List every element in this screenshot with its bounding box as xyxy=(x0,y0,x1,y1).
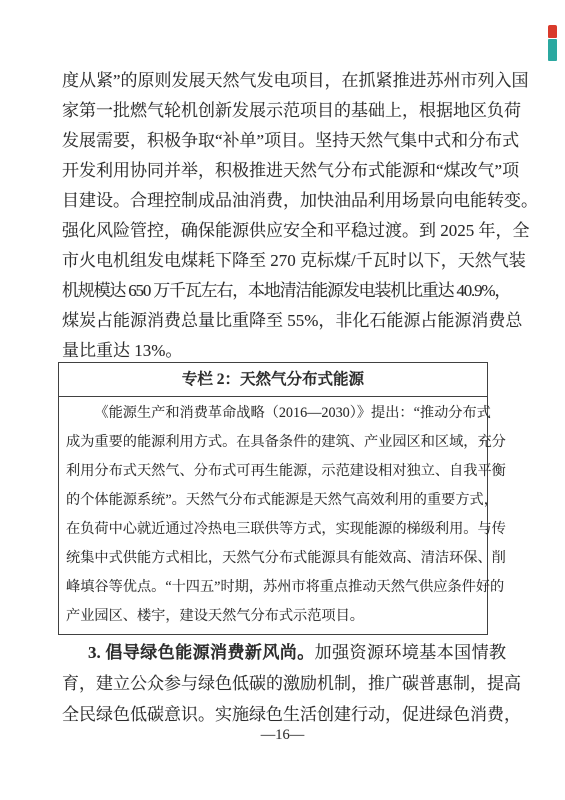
text-line: 市火电机组发电煤耗下降至 270 克标煤/千瓦时以下，天然气装 xyxy=(62,246,506,276)
callout-box-body: 《能源生产和消费革命战略（2016—2030）》提出：“推动分布式 成为重要的能… xyxy=(59,397,487,634)
text-line: 机规模达 650 万千瓦左右，本地清洁能源发电装机比重达 40.9%， xyxy=(62,276,514,306)
corner-marker-teal-icon xyxy=(548,39,557,61)
body-paragraph-continued: 度从紧”的原则发展天然气发电项目，在抓紧推进苏州市列入国 家第一批燃气轮机创新发… xyxy=(62,66,506,366)
text-line: 的个体能源系统”。天然气分布式能源是天然气高效利用的重要方式， xyxy=(66,486,480,515)
text-line: 家第一批燃气轮机创新发展示范项目的基础上，根据地区负荷 xyxy=(62,96,506,126)
text-line: 峰填谷等优点。“十四五”时期，苏州市将重点推动天然气供应条件好的 xyxy=(66,573,480,602)
callout-box-title: 专栏 2：天然气分布式能源 xyxy=(59,363,487,397)
text-line: 目建设。合理控制成品油消费，加快油品利用场景向电能转变。 xyxy=(62,186,506,216)
text-line: 育，建立公众参与绿色低碳的激励机制，推广碳普惠制，提高 xyxy=(62,668,506,699)
text-line: 在负荷中心就近通过冷热电三联供等方式，实现能源的梯级利用。与传 xyxy=(66,515,480,544)
text-line: 煤炭占能源消费总量比重降至 55%，非化石能源占能源消费总 xyxy=(62,306,506,336)
text-line: 3. 倡导绿色能源消费新风尚。加强资源环境基本国情教 xyxy=(62,637,506,668)
document-page: 度从紧”的原则发展天然气发电项目，在抓紧推进苏州市列入国 家第一批燃气轮机创新发… xyxy=(0,0,565,800)
text-line: 产业园区、楼宇，建设天然气分布式示范项目。 xyxy=(66,602,480,631)
text-line: 统集中式供能方式相比，天然气分布式能源具有能效高、清洁环保、削 xyxy=(66,544,480,573)
text-line: 开发利用协同并举，积极推进天然气分布式能源和“煤改气”项 xyxy=(62,156,506,186)
paragraph-lead-rest: 加强资源环境基本国情教 xyxy=(315,643,506,662)
page-number: —16— xyxy=(0,724,565,746)
text-line: 度从紧”的原则发展天然气发电项目，在抓紧推进苏州市列入国 xyxy=(62,66,506,96)
text-line: 《能源生产和消费革命战略（2016—2030）》提出：“推动分布式 xyxy=(66,399,480,428)
corner-marker xyxy=(548,25,557,61)
text-line: 利用分布式天然气、分布式可再生能源，示范建设相对独立、自我平衡 xyxy=(66,457,480,486)
text-line: 发展需要，积极争取“补单”项目。坚持天然气集中式和分布式 xyxy=(62,126,506,156)
text-line: 成为重要的能源利用方式。在具备条件的建筑、产业园区和区域，充分 xyxy=(66,428,480,457)
text-line: 强化风险管控，确保能源供应安全和平稳过渡。到 2025 年，全 xyxy=(62,216,506,246)
callout-box: 专栏 2：天然气分布式能源 《能源生产和消费革命战略（2016—2030）》提出… xyxy=(58,362,488,635)
corner-marker-red-icon xyxy=(548,25,557,38)
body-paragraph-3: 3. 倡导绿色能源消费新风尚。加强资源环境基本国情教 育，建立公众参与绿色低碳的… xyxy=(62,637,506,730)
paragraph-lead-bold: 3. 倡导绿色能源消费新风尚。 xyxy=(88,643,315,662)
